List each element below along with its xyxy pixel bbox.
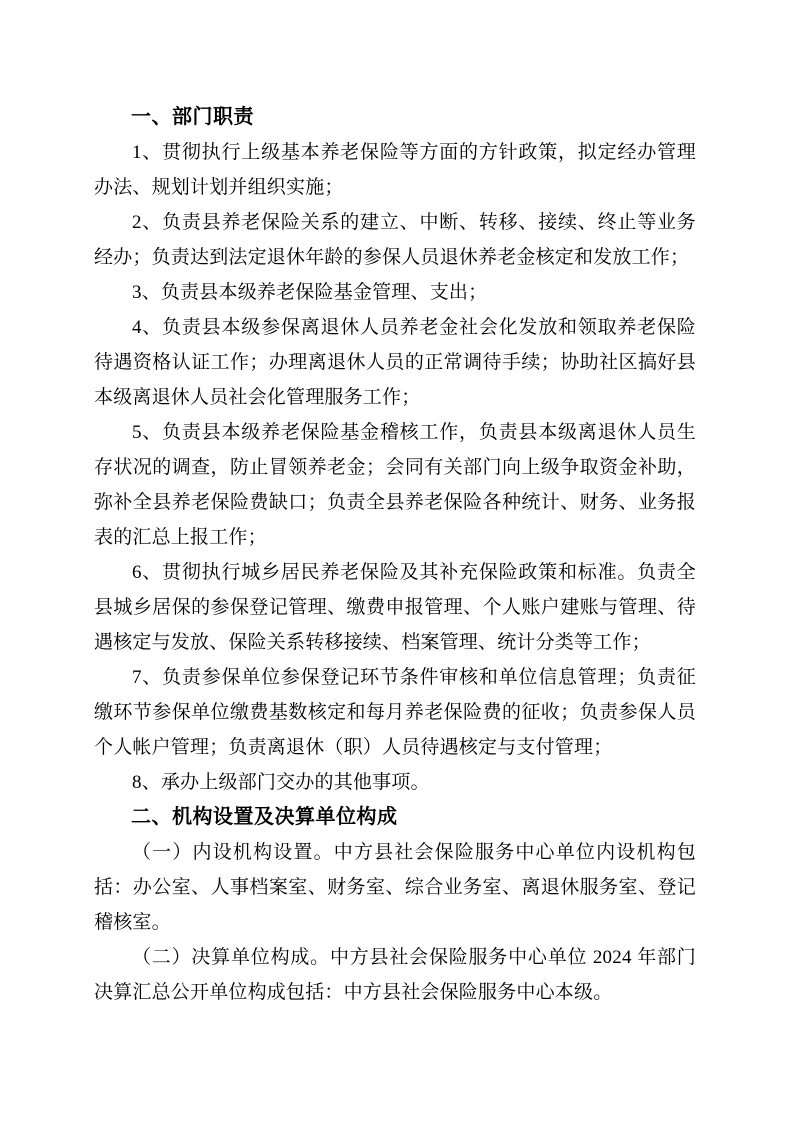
duty-paragraph-1: 1、贯彻执行上级基本养老保险等方面的方针政策，拟定经办管理办法、规划计划并组织实… [94,135,696,205]
org-paragraph-internal-setup: （一）内设机构设置。中方县社会保险服务中心单位内设机构包括：办公室、人事档案室、… [94,835,696,940]
section-heading-department-duties: 一、部门职责 [94,100,696,135]
document-content: 一、部门职责 1、贯彻执行上级基本养老保险等方面的方针政策，拟定经办管理办法、规… [94,100,696,1010]
document-page: 一、部门职责 1、贯彻执行上级基本养老保险等方面的方针政策，拟定经办管理办法、规… [0,0,793,1122]
duty-paragraph-7: 7、负责参保单位参保登记环节条件审核和单位信息管理；负责征缴环节参保单位缴费基数… [94,660,696,765]
duty-paragraph-8: 8、承办上级部门交办的其他事项。 [94,765,696,800]
duty-paragraph-6: 6、贯彻执行城乡居民养老保险及其补充保险政策和标准。负责全县城乡居保的参保登记管… [94,555,696,660]
org-paragraph-final-accounts-units: （二）决算单位构成。中方县社会保险服务中心单位 2024 年部门决算汇总公开单位… [94,940,696,1010]
duty-paragraph-3: 3、负责县本级养老保险基金管理、支出； [94,275,696,310]
duty-paragraph-5: 5、负责县本级养老保险基金稽核工作，负责县本级离退休人员生存状况的调查，防止冒领… [94,415,696,555]
duty-paragraph-4: 4、负责县本级参保离退休人员养老金社会化发放和领取养老保险待遇资格认证工作；办理… [94,310,696,415]
duty-paragraph-2: 2、负责县养老保险关系的建立、中断、转移、接续、终止等业务经办；负责达到法定退休… [94,205,696,275]
section-heading-organization-structure: 二、机构设置及决算单位构成 [94,800,696,835]
